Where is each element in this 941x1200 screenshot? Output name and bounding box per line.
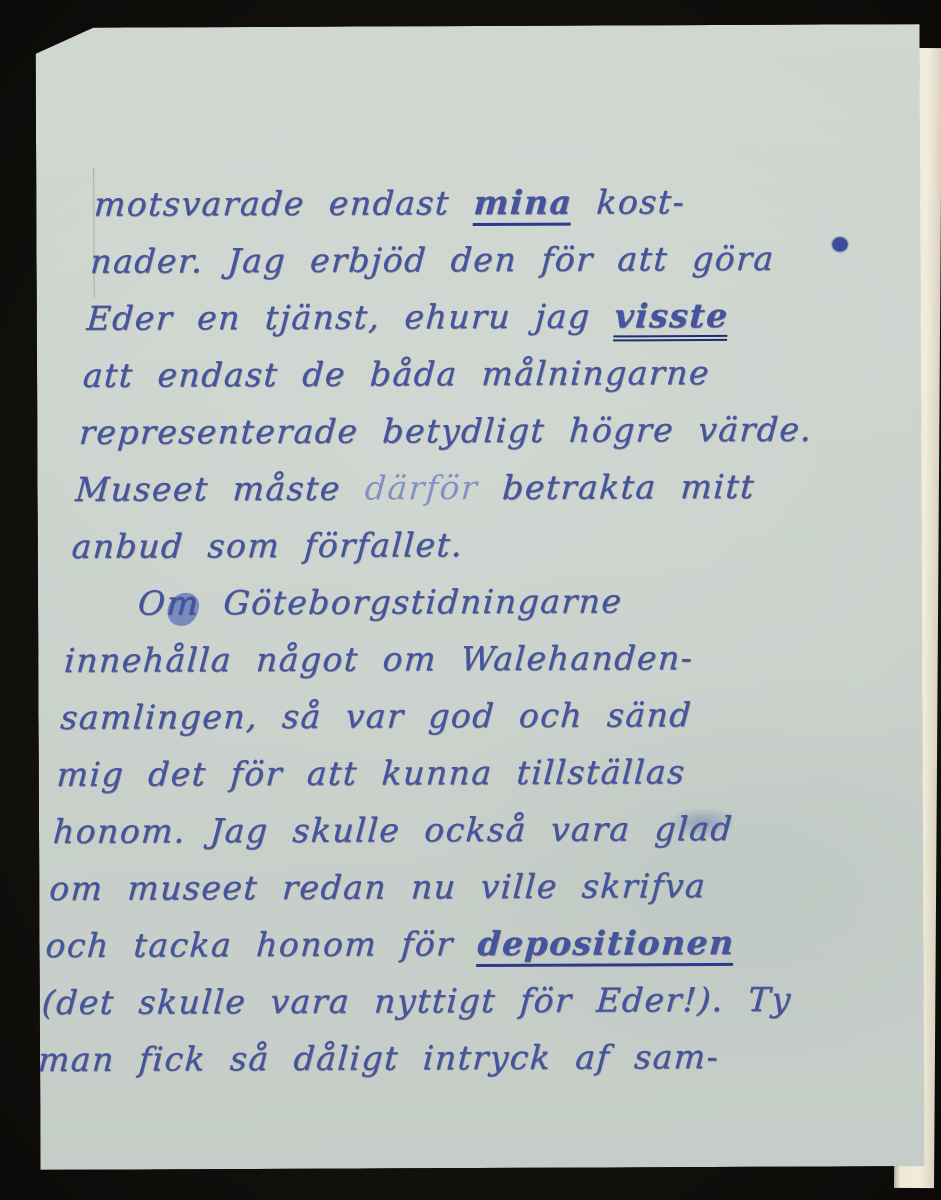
handwriting-segment: kost- — [571, 182, 686, 222]
handwriting-line: och tacka honom för depositionen — [44, 913, 904, 974]
handwriting-segment: honom. Jag skulle också vara — [52, 809, 656, 851]
handwriting-segment: man fick så dåligt intryck af sam- — [37, 1037, 721, 1079]
handwriting-line: Eder en tjänst, ehuru jag visste — [85, 286, 941, 347]
handwriting-line: Om Göteborgstidningarne — [66, 571, 926, 632]
handwriting-segment: Om Göteborgstidningarne — [137, 581, 624, 622]
handwriting-segment: samlingen, så var god och sänd — [59, 695, 693, 737]
handwriting-segment: Eder en tjänst, ehuru jag — [85, 296, 616, 337]
handwriting-line: Museet måste därför betrakta mitt — [74, 457, 934, 518]
handwriting-line: anbud som förfallet. — [70, 514, 930, 575]
handwriting-line: att endast de båda målningarne — [81, 343, 941, 404]
handwriting-line: representerade betydligt högre värde. — [77, 400, 937, 461]
handwriting-line: nader. Jag erbjöd den för att göra — [89, 229, 941, 290]
handwriting-segment: mina — [472, 183, 574, 226]
handwriting-segment: om museet redan nu ville skrifva — [48, 866, 707, 908]
handwriting-segment: därför — [364, 468, 480, 508]
handwriting-line: honom. Jag skulle också vara glad — [51, 799, 911, 860]
handwriting-segment: anbud som förfallet. — [70, 525, 464, 566]
handwriting-segment: betrakta mitt — [477, 467, 756, 507]
handwriting-line: man fick så dåligt intryck af sam- — [36, 1027, 896, 1088]
handwriting-segment: representerade betydligt högre värde. — [78, 410, 814, 452]
handwriting-segment: mig det för att kunna tillställas — [56, 752, 687, 794]
handwriting-segment: depositionen — [476, 923, 736, 967]
handwriting-segment: innehålla något om Walehanden- — [63, 638, 695, 680]
handwriting-segment: att endast de båda målningarne — [82, 353, 712, 395]
handwriting-line: (det skulle vara nyttigt för Eder!). Ty — [40, 970, 900, 1031]
handwriting-segment: motsvarade endast — [93, 183, 475, 224]
handwriting-line: innehålla något om Walehanden- — [62, 628, 922, 689]
handwriting-line: mig det för att kunna tillställas — [55, 742, 915, 803]
handwriting-segment: och tacka honom för — [44, 924, 479, 965]
handwriting-line: motsvarade endast mina kost- — [92, 172, 941, 233]
handwriting-segment: Museet måste — [74, 468, 366, 508]
handwriting-line: samlingen, så var god och sänd — [59, 685, 919, 746]
letter-sheet: motsvarade endast mina kost-nader. Jag e… — [36, 24, 925, 1170]
handwriting-segment: nader. Jag erbjöd den för att göra — [89, 239, 776, 281]
handwriting-segment: glad — [653, 809, 734, 848]
handwriting-segment: visste — [613, 296, 730, 342]
handwriting-block: motsvarade endast mina kost-nader. Jag e… — [36, 172, 941, 1088]
handwriting-line: om museet redan nu ville skrifva — [47, 856, 907, 917]
scanned-letter-page: motsvarade endast mina kost-nader. Jag e… — [0, 0, 941, 1200]
handwriting-segment: (det skulle vara nyttigt för Eder!). Ty — [41, 980, 793, 1022]
